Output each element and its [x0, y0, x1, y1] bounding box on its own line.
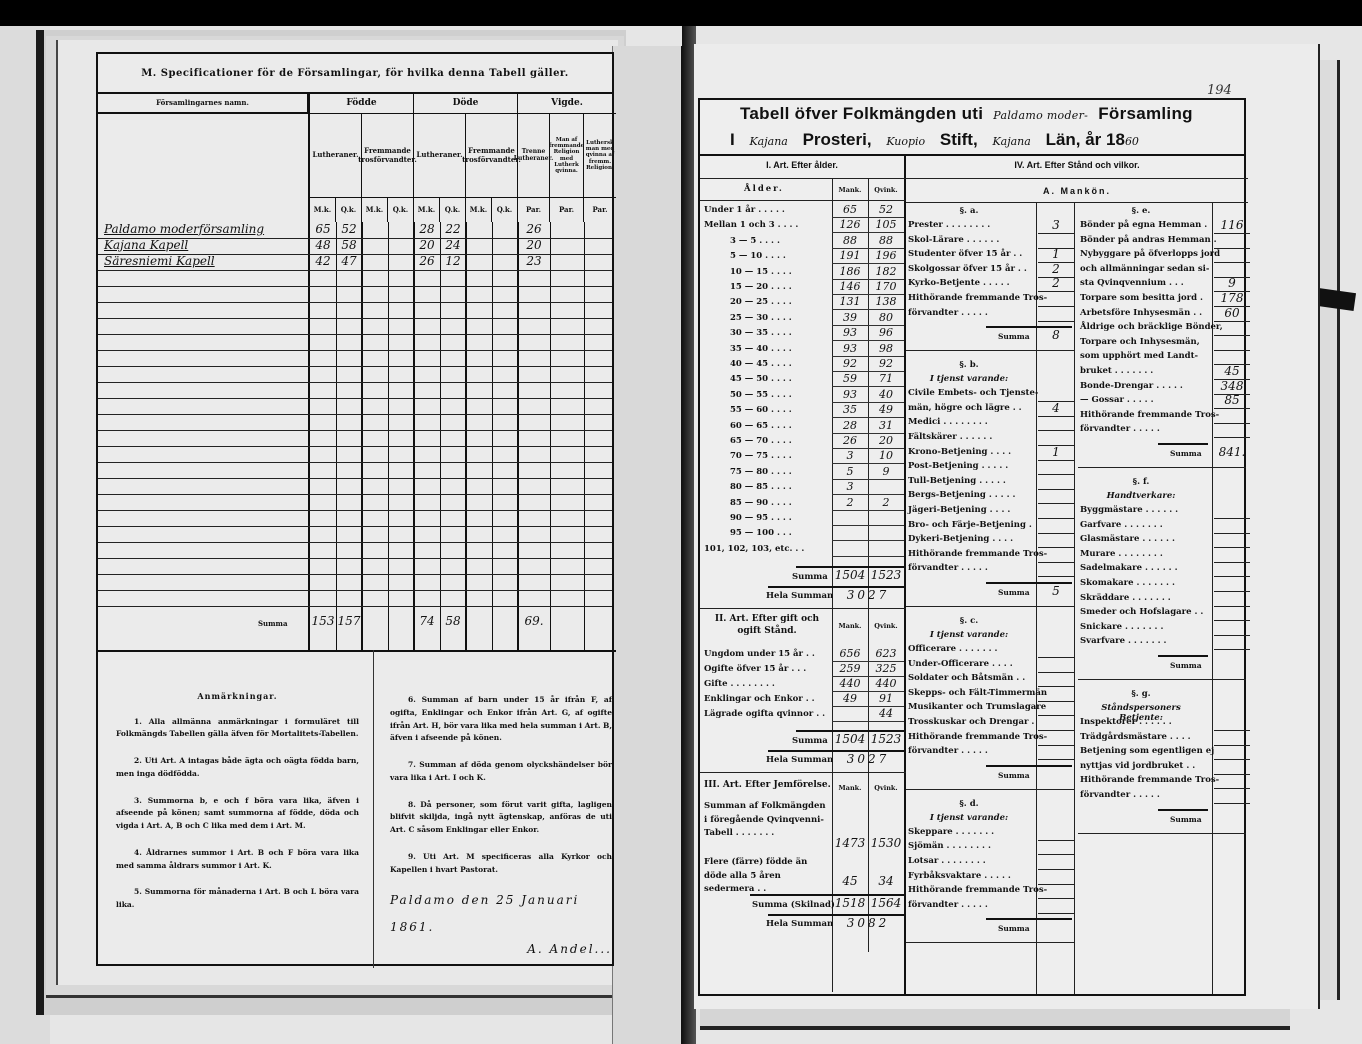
sec-sec_f-row-label: Glasmästare . . . . . .: [1080, 534, 1175, 549]
rule: [1038, 715, 1074, 716]
sec-sec_b-row-label: Medici . . . . . . . .: [908, 417, 988, 432]
group-vigde: Vigde.: [518, 94, 616, 114]
sec-sec_f-row-label: Skomakare . . . . . . .: [1080, 578, 1175, 593]
col-mank: Mank.: [832, 186, 868, 194]
summa-fodde-mk: 153: [310, 614, 336, 628]
marital-mank: 259: [832, 662, 868, 677]
age-row: 65 — 70 . . . .2620: [700, 435, 906, 450]
age-row: 5 — 10 . . . .191196: [700, 250, 906, 265]
rule: [1214, 576, 1250, 577]
sec-sec_e-row-label: och allmänningar sedan si-: [1080, 264, 1209, 279]
marital-mank: 656: [832, 647, 868, 662]
art3-heading: III. Art. Efter Jemförelse.: [704, 780, 831, 790]
age-mank: 93: [832, 342, 868, 357]
art4-heading: IV. Art. Efter Stånd och vilkor.: [906, 160, 1248, 170]
sec-sec_b-summa-label: Summa: [998, 588, 1030, 597]
sec-sec_g-row-label: förvandter . . . . .: [1080, 790, 1160, 805]
rule: [1214, 533, 1250, 534]
age-row: Under 1 år . . . . .6552: [700, 204, 906, 219]
rule: [1038, 430, 1074, 431]
art1-summa-mank: 1504: [832, 568, 868, 582]
title-part2: Församling: [1098, 104, 1193, 123]
art3-summa-qvink: 1564: [868, 896, 904, 910]
unit-qk: Q.k.: [336, 198, 362, 222]
vigde-par: 23: [518, 254, 550, 268]
rule: [1038, 562, 1074, 563]
unit-par: Par.: [550, 198, 584, 222]
sec-sec_b-subtitle: I tjenst varande:: [906, 374, 1032, 384]
sec-sec_c-row-label: Under-Officerare . . . .: [908, 659, 1013, 674]
article-4-column: IV. Art. Efter Stånd och vilkor. A. Mank…: [906, 156, 1248, 994]
sec-sec_e-row-label: — Gossar . . . . .: [1080, 395, 1154, 410]
prosteri-label: Prosteri,: [803, 130, 872, 149]
rule: [1214, 745, 1250, 746]
sec-sec_a-row-value: 1: [1038, 247, 1074, 261]
age-mank: [832, 526, 868, 541]
rule: [1038, 672, 1074, 673]
marital-row: Enklingar och Enkor . .4991: [700, 693, 906, 708]
art2-hela-value: 3027: [832, 752, 904, 766]
rule: [1038, 576, 1074, 577]
row-line: [98, 350, 612, 351]
art2-summa-mank: 1504: [832, 732, 868, 746]
age-qvink: [868, 542, 904, 557]
note-9: 9. Uti Art. M specificeras alla Kyrkor o…: [390, 851, 612, 877]
unit-mk: M.k.: [466, 198, 492, 222]
lan-label: Län, år 18: [1046, 130, 1125, 149]
grid-line: [1212, 202, 1213, 994]
vigde-par: 26: [518, 222, 550, 236]
age-qvink: 10: [868, 449, 904, 464]
fodde-qk: 47: [336, 254, 362, 268]
note-7: 7. Summan af döda genom olyckshändelser …: [390, 759, 612, 785]
sec-sec_a-row-value: 2: [1038, 276, 1074, 290]
fodde-qk: 52: [336, 222, 362, 236]
rule: [1214, 408, 1250, 409]
age-qvink: 49: [868, 403, 904, 418]
sec-sec_d-row-label: Skeppare . . . . . . .: [908, 827, 994, 842]
sec-sec_e-row-value: 348: [1214, 379, 1250, 393]
art3-row1-qvink: 1530: [868, 836, 904, 850]
dode-qk: 22: [440, 222, 466, 236]
sec-sec_e-row-label: Arbetsföre Inhysesmän . .: [1080, 308, 1202, 323]
rule: [1038, 869, 1074, 870]
signature-place-date: Paldamo den 25 Januari: [390, 890, 612, 910]
marital-mank: 440: [832, 677, 868, 692]
sub-dode-fremmande: Fremmande trosförvandter.: [466, 114, 518, 198]
marital-qvink: 44: [868, 707, 904, 722]
marital-qvink: 325: [868, 662, 904, 677]
sec-sec_e-row-label: Nybyggare på öfverlopps jord: [1080, 249, 1220, 264]
marital-label: Lägrade ogifta qvinnor . .: [704, 709, 830, 719]
summa-dode-mk: 74: [414, 614, 440, 628]
rule: [1038, 533, 1074, 534]
rule: [1038, 503, 1074, 504]
rule: [1038, 854, 1074, 855]
art3-hela-label: Hela Summan: [766, 919, 833, 929]
title-line-2: I Kajana Prosteri, Kuopio Stift, Kajana …: [730, 130, 1139, 150]
sec-sec_f-title: §. f.: [1078, 477, 1204, 487]
age-mank: 5: [832, 465, 868, 480]
summa-fodde-qk: 157: [336, 614, 362, 628]
group-dode: Döde: [414, 94, 518, 114]
unit-mk: M.k.: [414, 198, 440, 222]
marital-row: Ungdom under 15 år . .656623: [700, 648, 906, 663]
unit-qk: Q.k.: [440, 198, 466, 222]
age-qvink: 98: [868, 342, 904, 357]
title-part1: Tabell öfver Folkmängden uti: [740, 104, 983, 123]
rule: [906, 606, 1074, 607]
marital-mank: 49: [832, 692, 868, 707]
sec-sec_c-subtitle: I tjenst varande:: [906, 630, 1032, 640]
row-line: [98, 558, 612, 559]
sec-sec_a-row-label: Hithörande fremmande Tros-: [908, 293, 1047, 308]
art1-hela-value: 3027: [832, 588, 904, 602]
group-fodde: Födde: [310, 94, 414, 114]
sec-sec_d-row-label: Hithörande fremmande Tros-: [908, 885, 1047, 900]
sec-sec_e-row-value: 9: [1214, 276, 1250, 290]
age-row: 30 — 35 . . . .9396: [700, 327, 906, 342]
art3-row2-label: Flere (färre) födde än döde alla 5 åren …: [704, 856, 830, 897]
row-line: [98, 446, 612, 447]
sec-sec_g-row-label: Betjening som egentligen ej: [1080, 746, 1214, 761]
sec-sec_b-row-label: Bergs-Betjening . . . . .: [908, 490, 1015, 505]
population-table-form: Tabell öfver Folkmängden utiPaldamo mode…: [698, 98, 1246, 996]
grid-line: [1074, 202, 1075, 994]
sec-sec_e-row-value: 85: [1214, 393, 1250, 407]
year-handwritten: 60: [1125, 135, 1139, 148]
age-qvink: 20: [868, 434, 904, 449]
note-3: 3. Summorna b, e och f böra vara lika, ä…: [116, 795, 359, 833]
art3-row1-label: Summan af Folkmängden i föregående Qvinq…: [704, 800, 830, 841]
sec-sec_b-row-label: förvandter . . . . .: [908, 563, 988, 578]
rule: [1038, 306, 1074, 307]
age-qvink: 71: [868, 372, 904, 387]
rule: [1214, 335, 1250, 336]
rule: [1214, 730, 1250, 731]
sec-sec_c-row-label: Trosskuskar och Drengar .: [908, 717, 1034, 732]
articles-1-3-column: I. Art. Efter ålder. Ålder. Mank. Qvink.…: [700, 156, 906, 994]
age-mank: [832, 542, 868, 557]
sub-dode-lutheraner: Lutheraner.: [414, 114, 466, 198]
notes-column-right: 6. Summan af barn under 15 år ifrån F, a…: [376, 650, 616, 968]
age-row: 20 — 25 . . . .131138: [700, 296, 906, 311]
row-line: [98, 526, 612, 527]
rule: [700, 200, 906, 201]
grid-line: [1036, 202, 1037, 994]
col-header-name: Församlingarnes namn.: [98, 94, 308, 114]
unit-par: Par.: [518, 198, 550, 222]
sec-sec_f-row-label: Sadelmakare . . . . . .: [1080, 563, 1178, 578]
rule: [1214, 620, 1250, 621]
unit-qk: Q.k.: [388, 198, 414, 222]
fodde-qk: 58: [336, 238, 362, 252]
sec-sec_b-row-label: Fältskärer . . . . . .: [908, 432, 992, 447]
sec-sec_a-summa-label: Summa: [998, 332, 1030, 341]
rule: [1038, 840, 1074, 841]
rule: [986, 918, 1072, 920]
age-row: 35 — 40 . . . .9398: [700, 343, 906, 358]
dode-mk: 26: [414, 254, 440, 268]
art2-hela-label: Hela Summan: [766, 755, 833, 765]
rule: [1214, 591, 1250, 592]
row-line: [98, 318, 612, 319]
fodde-mk: 48: [310, 238, 336, 252]
sec-sec_a-row-label: Kyrko-Betjente . . . . .: [908, 278, 1010, 293]
prosteri-handwritten: Kajana: [749, 135, 787, 148]
art1-hela-label: Hela Summan: [766, 591, 833, 601]
age-mank: 65: [832, 203, 868, 218]
marital-label: Enklingar och Enkor . .: [704, 694, 830, 704]
sec-sec_a-row-value: 3: [1038, 218, 1074, 232]
rule: [1214, 606, 1250, 607]
sub-fodde-lutheraner: Lutheraner.: [310, 114, 362, 198]
sec-sec_d-summa-label: Summa: [998, 924, 1030, 933]
rule: [1214, 518, 1250, 519]
page-number: 194: [1207, 83, 1232, 98]
rule: [1214, 649, 1250, 650]
rule: [1038, 657, 1074, 658]
book-gutter: [612, 46, 684, 1044]
row-line: [98, 302, 612, 303]
marital-row: Gifte . . . . . . . .440440: [700, 678, 906, 693]
rule: [700, 608, 906, 609]
row-line: [98, 590, 612, 591]
parish-name: Kajana Kapell: [104, 238, 188, 252]
rule: [1214, 635, 1250, 636]
sec-sec_b-row-label: Post-Betjening . . . . .: [908, 461, 1008, 476]
age-label: Under 1 år . . . . .: [704, 205, 830, 215]
rule: [1214, 759, 1250, 760]
age-qvink: 96: [868, 326, 904, 341]
lan-handwritten: Kajana: [992, 135, 1030, 148]
age-row: 15 — 20 . . . .146170: [700, 281, 906, 296]
m-summa-label: Summa: [258, 619, 288, 628]
dode-mk: 20: [414, 238, 440, 252]
rule: [906, 202, 1248, 203]
sec-sec_e-summa-label: Summa: [1170, 449, 1202, 458]
age-row: Mellan 1 och 3 . . . .126105: [700, 219, 906, 234]
age-mank: 93: [832, 326, 868, 341]
sec-sec_e-row-label: förvandter . . . . .: [1080, 424, 1160, 439]
age-qvink: 105: [868, 218, 904, 233]
sec-sec_b-row-value: 1: [1038, 445, 1074, 459]
age-row: 40 — 45 . . . .9292: [700, 358, 906, 373]
age-qvink: 170: [868, 280, 904, 295]
age-row: 50 — 55 . . . .9340: [700, 389, 906, 404]
rule: [986, 765, 1072, 767]
sec-sec_a-row-label: Skolgossar öfver 15 år . .: [908, 264, 1027, 279]
rule: [1214, 803, 1250, 804]
rule: [1158, 655, 1208, 657]
marital-qvink: 440: [868, 677, 904, 692]
row-line: [98, 366, 612, 367]
rule: [1158, 443, 1208, 445]
sec-sec_e-row-label: Åldrige och bräcklige Bönder,: [1080, 322, 1223, 337]
rule: [1214, 774, 1250, 775]
stift-label: Stift,: [940, 130, 978, 149]
art3-hela-value: 3082: [832, 916, 904, 930]
rule: [1038, 474, 1074, 475]
marital-qvink: 91: [868, 692, 904, 707]
sec-sec_f-row-label: Byggmästare . . . . . .: [1080, 505, 1178, 520]
art1-heading: I. Art. Efter ålder.: [700, 160, 904, 170]
row-line: [98, 334, 612, 335]
fodde-mk: 65: [310, 222, 336, 236]
age-qvink: 182: [868, 265, 904, 280]
row-line: [98, 270, 612, 271]
sec-sec_e-row-value: 116: [1214, 218, 1250, 232]
sec-sec_g-title: §. g.: [1078, 689, 1204, 699]
marital-label: Gifte . . . . . . . .: [704, 679, 830, 689]
rule: [1038, 489, 1074, 490]
age-mank: 39: [832, 311, 868, 326]
sec-sec_e-row-label: Torpare som besitta jord .: [1080, 293, 1203, 308]
row-line: [98, 414, 612, 415]
rule: [1038, 898, 1074, 899]
sec-sec_g-row-label: Inspektorer . . . . . .: [1080, 717, 1172, 732]
age-row: 75 — 80 . . . .59: [700, 466, 906, 481]
m-specification-form: M. Specificationer för de Församlingar, …: [96, 52, 614, 966]
sec-sec_b-row-label: Hithörande fremmande Tros-: [908, 549, 1047, 564]
sec-sec_b-row-value: 4: [1038, 401, 1074, 415]
sec-sec_f-row-label: Svarfvare . . . . . . .: [1080, 636, 1166, 651]
row-line: [98, 606, 612, 607]
sec-sec_c-summa-label: Summa: [998, 771, 1030, 780]
sec-sec_e-row-value: 178: [1214, 291, 1250, 305]
rule: [1038, 321, 1074, 322]
age-row: 90 — 95 . . . .: [700, 512, 906, 527]
art3-row1-mank: 1473: [832, 836, 868, 850]
m-table-header: Församlingarnes namn. Födde Döde Vigde. …: [98, 94, 612, 222]
col-mank: Mank.: [832, 784, 868, 792]
sec-sec_e-summa: 841.: [1214, 445, 1250, 459]
art1-summa-qvink: 1523: [868, 568, 904, 582]
sec-sec_e-row-label: sta Qvinqvennium . . .: [1080, 278, 1184, 293]
age-mank: [832, 511, 868, 526]
sec-sec_d-title: §. d.: [906, 799, 1032, 809]
rule: [1078, 679, 1246, 680]
sec-sec_d-row-label: förvandter . . . . .: [908, 900, 988, 915]
sec-sec_g-row-label: nyttjas vid jordbruket . .: [1080, 761, 1195, 776]
sec-sec_b-row-label: Bro- och Färje-Betjening .: [908, 520, 1032, 535]
sec-sec_f-subtitle: Handtverkare:: [1078, 491, 1204, 501]
age-row: 55 — 60 . . . .3549: [700, 404, 906, 419]
notes-column-left: Anmärkningar. 1. Alla allmänna anmärknin…: [98, 650, 374, 968]
age-row: 25 — 30 . . . .3980: [700, 312, 906, 327]
sec-sec_b-row-label: Tull-Betjening . . . . .: [908, 476, 1006, 491]
age-qvink: [868, 526, 904, 541]
sec-sec_b-row-label: Jägeri-Betjening . . . .: [908, 505, 1010, 520]
sec-sec_a-summa: 8: [1038, 328, 1074, 342]
unit-par: Par.: [584, 198, 616, 222]
rule: [1038, 460, 1074, 461]
sec-sec_e-row-label: bruket . . . . . . .: [1080, 366, 1153, 381]
note-6: 6. Summan af barn under 15 år ifrån F, a…: [390, 694, 612, 745]
dode-mk: 28: [414, 222, 440, 236]
col-qvink: Qvink.: [868, 784, 904, 792]
rule: [1038, 518, 1074, 519]
marital-mank: [832, 707, 868, 722]
form-title: Tabell öfver Folkmängden utiPaldamo mode…: [700, 100, 1244, 156]
sec-sec_b-row-label: Civile Embets- och Tjenste-: [908, 388, 1038, 403]
col-qvink: Qvink.: [868, 622, 904, 630]
summa-dode-qk: 58: [440, 614, 466, 628]
rule: [906, 178, 1248, 179]
sec-sec_a-row-value: 2: [1038, 262, 1074, 276]
sec-sec_b-title: §. b.: [906, 360, 1032, 370]
age-qvink: [868, 480, 904, 495]
sec-sec_b-row-label: Krono-Betjening . . . .: [908, 447, 1011, 462]
rule: [1038, 759, 1074, 760]
marital-qvink: 623: [868, 647, 904, 662]
rule: [1038, 233, 1074, 234]
sub-fodde-fremmande: Fremmande trosförvandter.: [362, 114, 414, 198]
rule: [700, 178, 906, 179]
art1-summa-label: Summa: [792, 572, 828, 582]
age-mank: 28: [832, 419, 868, 434]
col-alder: Ålder.: [744, 184, 784, 194]
rule: [906, 350, 1074, 351]
age-mank: 186: [832, 265, 868, 280]
sec-sec_e-row-label: Bönder på egna Hemman .: [1080, 220, 1207, 235]
sec-sec_b-summa: 5: [1038, 584, 1074, 598]
sec-sec_c-row-label: Officerare . . . . . . .: [908, 644, 998, 659]
row-line: [98, 574, 612, 575]
title-prefix: I: [730, 130, 735, 149]
parish-name: Paldamo moderförsamling: [104, 222, 264, 236]
notes-title: Anmärkningar.: [116, 690, 359, 704]
sec-sec_e-title: §. e.: [1078, 206, 1204, 216]
sec-sec_f-row-label: Skräddare . . . . . . .: [1080, 593, 1171, 608]
row-line: [98, 478, 612, 479]
signature-name: A. Andel...: [390, 939, 612, 959]
sub-trenne-lutheraner: Trenne Lutheraner.: [518, 114, 550, 198]
fodde-mk: 42: [310, 254, 336, 268]
age-mank: 126: [832, 218, 868, 233]
rule: [1038, 416, 1074, 417]
rule: [1214, 233, 1250, 234]
sec-sec_f-row-label: Murare . . . . . . . .: [1080, 549, 1163, 564]
age-mank: 131: [832, 295, 868, 310]
rule: [700, 772, 906, 773]
age-qvink: 40: [868, 388, 904, 403]
rule: [1214, 262, 1250, 263]
age-row: 10 — 15 . . . .186182: [700, 266, 906, 281]
sec-sec_a-row-label: Skol-Lärare . . . . . .: [908, 235, 999, 250]
age-qvink: 88: [868, 234, 904, 249]
art4-subheading: A. Mankön.: [906, 186, 1248, 196]
art3-summa-mank: 1518: [832, 896, 868, 910]
sec-sec_c-title: §. c.: [906, 616, 1032, 626]
sec-sec_g-row-label: Trädgårdsmästare . . . .: [1080, 732, 1191, 747]
sec-sec_c-row-label: Hithörande fremmande Tros-: [908, 732, 1047, 747]
sec-sec_d-row-label: Sjömän . . . . . . . .: [908, 841, 991, 856]
age-qvink: 80: [868, 311, 904, 326]
rule: [906, 789, 1074, 790]
row-line: [98, 382, 612, 383]
summa-vigde-par: 69.: [518, 614, 550, 628]
sec-sec_c-row-label: Soldater och Båtsmän . .: [908, 673, 1025, 688]
stift-handwritten: Kuopio: [886, 135, 925, 148]
row-line: [98, 286, 612, 287]
sec-sec_a-row-label: förvandter . . . . .: [908, 308, 988, 323]
sec-sec_e-row-value: 60: [1214, 306, 1250, 320]
col-qvink: Qvink.: [868, 186, 904, 194]
rule: [1214, 437, 1250, 438]
age-row: 60 — 65 . . . .2831: [700, 420, 906, 435]
age-mank: 88: [832, 234, 868, 249]
